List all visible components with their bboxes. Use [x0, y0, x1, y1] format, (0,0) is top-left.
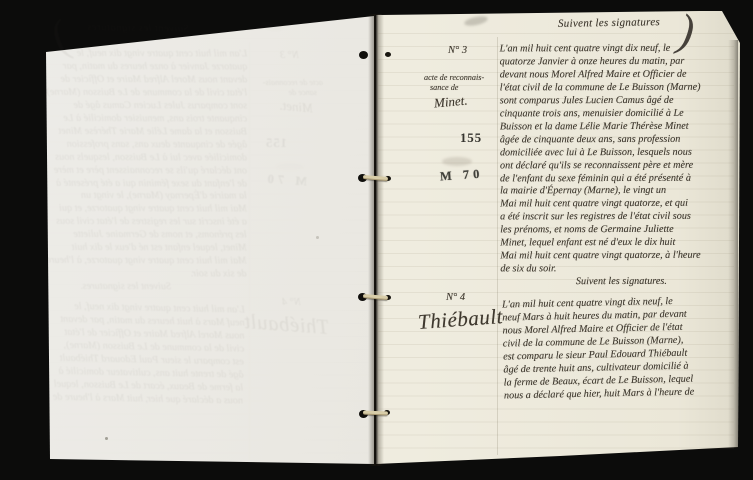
handwritten-line: Mai mil huit cent quatre vingt quatorze,…: [500, 198, 742, 212]
page-heading: Suivent les signatures: [524, 16, 694, 31]
binding-hole: [359, 51, 368, 59]
handwritten-line: L'an mil huit cent quatre vingt dix neuf…: [500, 43, 742, 57]
right-page-content-position: Suivent les signatures ) N° 3 acte de re…: [376, 11, 737, 463]
entry-number: N° 4: [446, 292, 465, 303]
bleedthrough-page-heading: Suivent les signatures: [53, 21, 223, 36]
right-page-content: Suivent les signatures ) N° 3 acte de re…: [376, 11, 737, 463]
handwritten-line: de six du soir.: [500, 263, 742, 277]
handwritten-line: domiciliée avec lui à Le Buisson, lesque…: [500, 146, 742, 160]
handwritten-line: Mai mil huit cent quatre vingt quatorze,…: [500, 250, 742, 264]
handwritten-line: quatorze Janvier à onze heures du matin,…: [500, 56, 742, 70]
handwritten-line: sont comparus Jules Lucien Camus âgé de: [500, 94, 742, 108]
margin-rule: [497, 37, 498, 455]
binding-hole: [385, 52, 391, 57]
register-scan: Suivent les signatures ) N° 3 acte de re…: [0, 0, 753, 480]
handwritten-line: a été inscrit sur les registres de l'éta…: [500, 211, 742, 225]
handwritten-line: Buisson et la dame Lélie Marie Thérèse M…: [500, 120, 742, 134]
handwritten-line: la mairie d'Épernay (Marne), le vingt un: [500, 185, 742, 199]
handwritten-line: de l'enfant du sexe féminin qui a été pr…: [500, 172, 742, 186]
entry-body: L'an mil huit cent quatre vingt dix neuf…: [502, 294, 746, 403]
entry-body: L'an mil huit cent quatre vingt dix neuf…: [500, 43, 743, 290]
handwritten-line: l'état civil de la commune de Le Buisson…: [500, 81, 742, 95]
pencil-smudge: [463, 15, 488, 28]
handwritten-line: devant nous Morel Alfred Maire et Offici…: [500, 68, 742, 82]
handwritten-line: cinquante trois ans, menuisier domicilié…: [500, 107, 742, 121]
margin-note-line: acte de reconnais-: [424, 73, 484, 82]
closing-line: Suivent les signatures.: [500, 276, 742, 290]
page-number: 155: [460, 130, 482, 146]
paper-speck: [316, 236, 319, 239]
entry-number: N° 3: [448, 45, 467, 56]
handwritten-line: ont déclaré qu'ils se reconnaissent père…: [500, 159, 742, 173]
handwritten-line: Minet, lequel enfant est né d'eux le dix…: [500, 237, 742, 251]
margin-name: Minet.: [433, 93, 468, 112]
handwritten-line: âgée de cinquante deux ans, sans profess…: [500, 133, 742, 147]
stamp-mark: M 70: [440, 167, 484, 185]
paper-speck: [105, 437, 108, 440]
handwritten-line: les prénoms, et noms de Germaine Juliett…: [500, 224, 742, 238]
ink-smudge: [442, 157, 472, 166]
margin-note-line: sance de: [430, 83, 458, 92]
